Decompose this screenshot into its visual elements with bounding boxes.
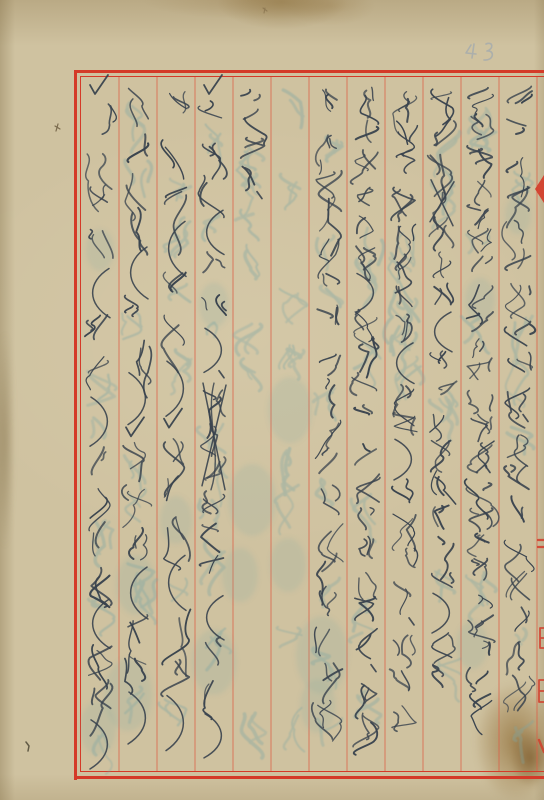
ink-bleed-smudges	[80, 196, 531, 756]
handwriting-layer	[0, 0, 544, 800]
paper-specks	[26, 8, 267, 751]
pencil-page-number	[466, 43, 492, 60]
printed-edge-marks	[535, 175, 544, 752]
manuscript-page: 若山市ひもすか又曇し、みも青くさて靜雪全の冬は色に淘潮かくお申した、先づ若あちか…	[0, 0, 544, 800]
